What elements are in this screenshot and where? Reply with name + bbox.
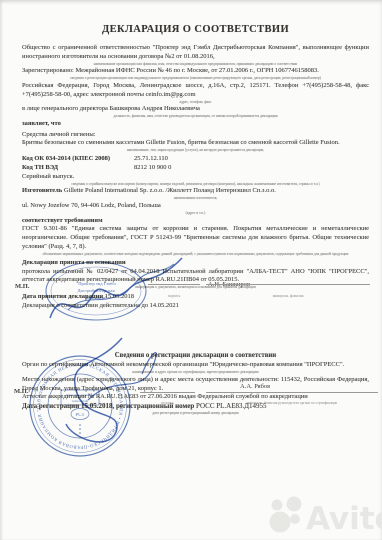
product-name: Бритвы безопасные со сменными кассетами … (22, 139, 369, 148)
registration-info: Зарегистрировано: Межрайонная ИФНС Росси… (22, 67, 369, 76)
code-row-okpd: Код ОК 034-2014 (КПЕС 2008) 25.71.12.110 (22, 154, 369, 163)
code-label: Код ТН ВЭД (22, 163, 134, 172)
form-note: должность, фамилия, имя, отчество руково… (28, 114, 363, 118)
code-row-tnved: Код ТН ВЭД 8212 10 900 0 (22, 163, 369, 172)
code-value: 8212 10 900 0 (134, 163, 171, 172)
signature-line (206, 284, 370, 285)
form-note: наименование, тип, марка продукции (услу… (28, 148, 363, 152)
avito-watermark-label: Avito (306, 501, 382, 537)
declarant-address: Российская Федерация, Город Москва, Лени… (22, 82, 369, 99)
form-note: (адрес и т.п.) (28, 211, 363, 215)
manufacturer-value: Gillette Poland International Sp. z.o.o.… (64, 187, 276, 194)
signature-line (206, 392, 378, 393)
manufacturer-address: ul. Nowy Jozefow 70, 94-406 Lodz, Poland… (22, 202, 369, 211)
code-value: 25.71.12.110 (134, 154, 168, 163)
manufacturer-label: Изготовитель (22, 187, 62, 194)
document-title: ДЕКЛАРАЦИЯ О СООТВЕТСТВИИ (22, 24, 369, 35)
serial-issue: Серийный выпуск. (22, 173, 369, 182)
form-note: сведения о серийном выпуске или партии (… (28, 182, 363, 186)
seal-place-label: М.П. (15, 283, 29, 290)
signature-note: инициалы, фамилия руководителя органа по… (206, 401, 378, 405)
product-category: Средства личной гигиены: (22, 131, 369, 140)
avito-watermark-logo: Avito (268, 495, 382, 539)
form-note: наименование организации или фамилия, им… (28, 62, 363, 66)
form-note: сведения о регистрации организации или и… (28, 76, 363, 80)
signatory-name: А.А. Рябов (240, 383, 270, 390)
manufacturer-line: Изготовитель Gillette Poland Internation… (22, 187, 369, 196)
declares-line: заявляет, что (22, 120, 369, 129)
declaration-document: ДЕКЛАРАЦИЯ О СООТВЕТСТВИИ Общество с огр… (0, 0, 382, 540)
signature-scrawl (30, 330, 180, 450)
director-line: в лице генерального директора Башкирова … (22, 105, 369, 114)
requirements-text: ГОСТ 9.301-86 "Единая система защиты от … (22, 225, 369, 251)
declarant-name: Общество с ограниченной ответственностью… (22, 44, 369, 61)
form-note: наименование изготовителя, (28, 196, 363, 200)
signature-note: инициалы, фамилия (206, 294, 370, 298)
form-note: адрес, телефон, факс (28, 100, 363, 104)
code-label: Код ОК 034-2014 (КПЕС 2008) (22, 154, 134, 163)
requirements-heading: соответствует требованиям (22, 217, 369, 226)
signature-scrawl (42, 250, 192, 330)
